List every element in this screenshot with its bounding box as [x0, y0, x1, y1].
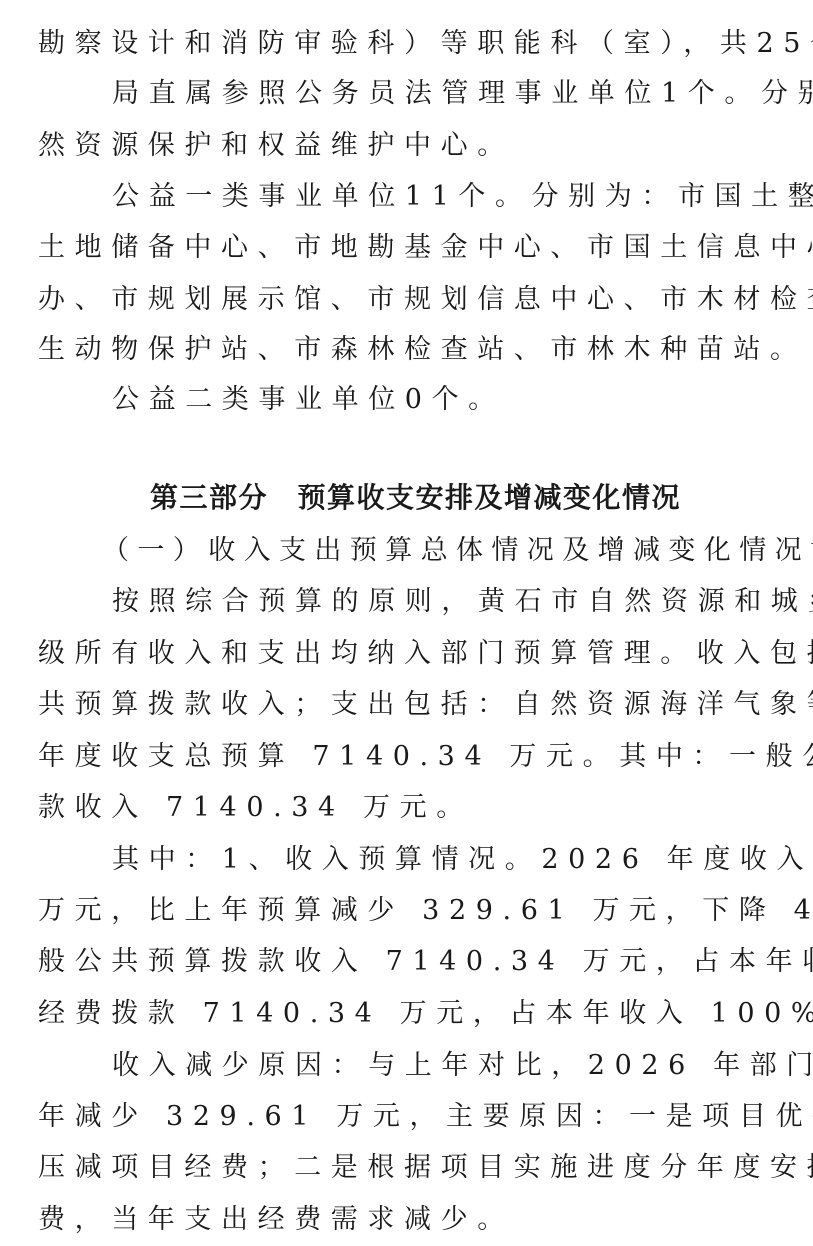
text-line: 费，当年支出经费需求减少。 [38, 1200, 798, 1240]
text-line: 办、市规划展示馆、市规划信息中心、市木材检查站、市野 [38, 280, 798, 320]
subsection-heading: （一）收入支出预算总体情况及增减变化情况说明 [102, 531, 813, 571]
text-line: 其中：1、收入预算情况。2026 年度收入预算 7140.34 [112, 840, 813, 880]
section-heading: 第三部分 预算收支安排及增减变化情况 [150, 478, 813, 518]
text-line: 勘察设计和消防审验科）等职能科（室），共25个机构。 [38, 24, 798, 64]
text-line: 经费拨款 7140.34 万元，占本年收入 100%。 [38, 994, 798, 1034]
text-line: 年度收支总预算 7140.34 万元。其中：一般公共预算财政拨 [38, 737, 798, 777]
text-line: 共预算拨款收入；支出包括：自然资源海洋气象等支出；2026 [38, 685, 798, 725]
text-line: 然资源保护和权益维护中心。 [38, 126, 798, 166]
text-line: 压减项目经费；二是根据项目实施进度分年度安排预算经 [38, 1148, 798, 1188]
text-line: 公益一类事业单位11个。分别为：市国土整治办、市 [112, 177, 813, 217]
text-line: 土地储备中心、市地勘基金中心、市国土信息中心、市湿地 [38, 228, 798, 268]
text-line: 生动物保护站、市森林检查站、市林木种苗站。 [38, 330, 798, 370]
text-line: 万元，比上年预算减少 329.61 万元，下降 4.4%。其中，一 [38, 891, 798, 931]
text-line: 般公共预算拨款收入 7140.34 万元，占本年收入 100%，包括 [38, 942, 798, 982]
document-page: 勘察设计和消防审验科）等职能科（室），共25个机构。 局直属参照公务员法管理事业… [0, 0, 813, 1246]
text-line: 按照综合预算的原则，黄石市自然资源和城乡建设局本 [112, 582, 813, 622]
text-line: 级所有收入和支出均纳入部门预算管理。收入包括：一般公 [38, 634, 798, 674]
text-line: 年减少 329.61 万元，主要原因：一是项目优化调整，总体 [38, 1097, 798, 1137]
text-line: 公益二类事业单位0个。 [112, 380, 813, 420]
text-line: 收入减少原因：与上年对比，2026 年部门预算收入较上 [112, 1046, 813, 1086]
text-line: 款收入 7140.34 万元。 [38, 788, 798, 828]
text-line: 局直属参照公务员法管理事业单位1个。分别为：市自 [112, 74, 813, 114]
